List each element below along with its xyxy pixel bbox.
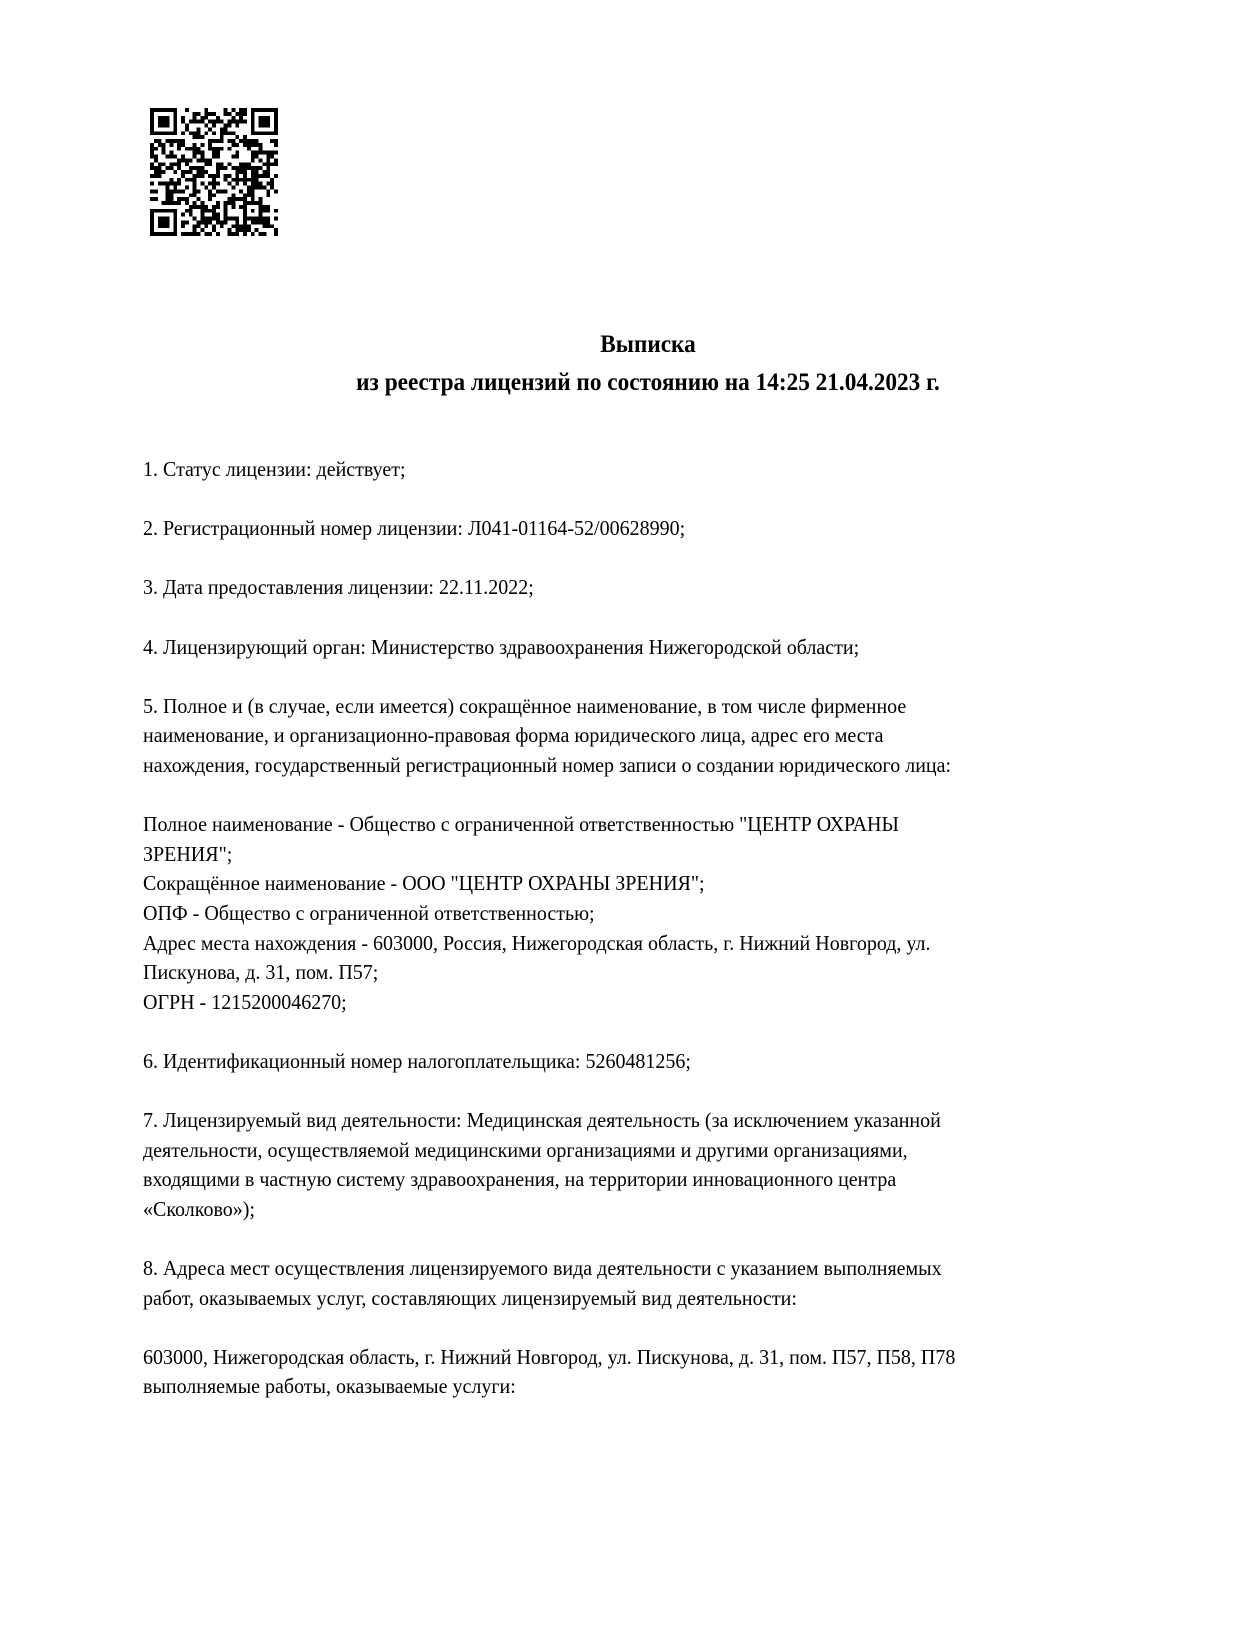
text-line: наименование, и организационно-правовая … xyxy=(143,721,1064,751)
text-line: 8. Адреса мест осуществления лицензируем… xyxy=(143,1254,1064,1284)
text-line: Пискунова, д. 31, пом. П57; xyxy=(143,958,1064,988)
paragraph-spacer xyxy=(143,544,1133,574)
license-field-paragraph: Полное наименование - Общество с огранич… xyxy=(143,810,1133,1017)
text-line: 1. Статус лицензии: действует; xyxy=(143,455,1064,485)
text-line: «Сколково»); xyxy=(143,1195,1064,1225)
license-field-paragraph: 6. Идентификационный номер налогоплатель… xyxy=(143,1047,1133,1077)
document-title: Выписка xyxy=(71,325,1224,365)
text-line: Адрес места нахождения - 603000, Россия,… xyxy=(143,929,1064,959)
text-line: входящими в частную систему здравоохране… xyxy=(143,1165,1064,1195)
paragraph-spacer xyxy=(143,485,1133,515)
text-line: ОГРН - 1215200046270; xyxy=(143,988,1064,1018)
license-field-paragraph: 2. Регистрационный номер лицензии: Л041-… xyxy=(143,514,1133,544)
license-field-paragraph: 5. Полное и (в случае, если имеется) сок… xyxy=(143,692,1133,781)
qr-code-icon xyxy=(150,108,278,236)
paragraph-spacer xyxy=(143,1017,1133,1047)
paragraph-spacer xyxy=(143,1076,1133,1106)
paragraph-spacer xyxy=(143,781,1133,811)
text-line: ОПФ - Общество с ограниченной ответствен… xyxy=(143,899,1064,929)
text-line: 2. Регистрационный номер лицензии: Л041-… xyxy=(143,514,1064,544)
text-line: ЗРЕНИЯ"; xyxy=(143,840,1064,870)
text-line: 4. Лицензирующий орган: Министерство здр… xyxy=(143,633,1064,663)
text-line: нахождения, государственный регистрацион… xyxy=(143,751,1064,781)
text-line: 3. Дата предоставления лицензии: 22.11.2… xyxy=(143,573,1064,603)
license-field-paragraph: 3. Дата предоставления лицензии: 22.11.2… xyxy=(143,573,1133,603)
text-line: 603000, Нижегородская область, г. Нижний… xyxy=(143,1343,1064,1373)
license-field-paragraph: 4. Лицензирующий орган: Министерство здр… xyxy=(143,633,1133,663)
text-line: Полное наименование - Общество с огранич… xyxy=(143,810,1064,840)
text-line: работ, оказываемых услуг, составляющих л… xyxy=(143,1284,1064,1314)
paragraph-spacer xyxy=(143,1224,1133,1254)
paragraph-spacer xyxy=(143,662,1133,692)
license-field-paragraph: 7. Лицензируемый вид деятельности: Медиц… xyxy=(143,1106,1133,1224)
text-line: Сокращённое наименование - ООО "ЦЕНТР ОХ… xyxy=(143,869,1064,899)
text-line: 7. Лицензируемый вид деятельности: Медиц… xyxy=(143,1106,1064,1136)
paragraph-spacer xyxy=(143,1313,1133,1343)
license-field-paragraph: 603000, Нижегородская область, г. Нижний… xyxy=(143,1343,1133,1402)
license-field-paragraph: 1. Статус лицензии: действует; xyxy=(143,455,1133,485)
license-field-paragraph: 8. Адреса мест осуществления лицензируем… xyxy=(143,1254,1133,1313)
document-subtitle: из реестра лицензий по состоянию на 14:2… xyxy=(71,363,1224,403)
text-line: 6. Идентификационный номер налогоплатель… xyxy=(143,1047,1064,1077)
text-line: деятельности, осуществляемой медицинским… xyxy=(143,1136,1064,1166)
document-body: 1. Статус лицензии: действует;2. Регистр… xyxy=(143,455,1133,1402)
text-line: выполняемые работы, оказываемые услуги: xyxy=(143,1372,1064,1402)
paragraph-spacer xyxy=(143,603,1133,633)
text-line: 5. Полное и (в случае, если имеется) сок… xyxy=(143,692,1064,722)
